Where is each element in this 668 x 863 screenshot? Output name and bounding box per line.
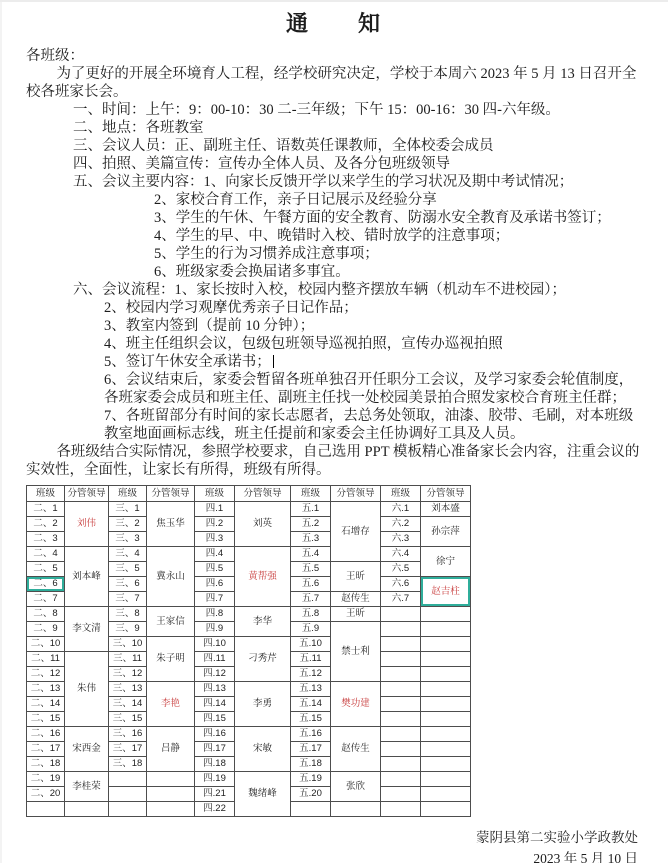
class-cell[interactable]: 三、17 [109, 742, 147, 757]
class-cell[interactable]: 六.2 [381, 517, 421, 532]
class-cell[interactable]: 五.14 [291, 697, 331, 712]
class-cell[interactable] [109, 802, 147, 817]
class-cell[interactable]: 二、8 [27, 607, 65, 622]
leader-cell[interactable]: 赵吉柱 [421, 577, 471, 607]
class-cell[interactable]: 二、4 [27, 547, 65, 562]
class-cell[interactable]: 二、20 [27, 787, 65, 802]
class-cell[interactable]: 三、3 [109, 532, 147, 547]
class-cell[interactable]: 五.9 [291, 622, 331, 637]
leader-cell[interactable]: 赵传生 [331, 592, 381, 607]
leader-cell[interactable]: 徐宁 [421, 547, 471, 577]
class-cell[interactable] [381, 667, 421, 682]
class-cell[interactable]: 二、16 [27, 727, 65, 742]
class-cell[interactable]: 六.7 [381, 592, 421, 607]
leader-cell[interactable]: 魏绪峰 [235, 772, 291, 817]
class-cell[interactable]: 三、8 [109, 607, 147, 622]
class-cell[interactable]: 三、5 [109, 562, 147, 577]
col-header-class: 班级 [381, 486, 421, 502]
class-cell[interactable]: 四.21 [195, 787, 235, 802]
class-cell[interactable]: 二、12 [27, 667, 65, 682]
class-cell[interactable] [381, 772, 421, 787]
class-cell[interactable]: 五.13 [291, 682, 331, 697]
leader-cell[interactable]: 李艳 [147, 682, 195, 727]
leader-cell[interactable] [147, 802, 195, 817]
class-cell[interactable]: 二、19 [27, 772, 65, 787]
class-cell[interactable]: 三、1 [109, 502, 147, 517]
doc-line: 各班级： [26, 47, 642, 65]
col-header-leader: 分管领导 [331, 486, 381, 502]
leader-cell[interactable]: 朱伟 [65, 652, 109, 727]
leader-cell[interactable]: 刘伟 [65, 502, 109, 547]
col-header-class: 班级 [109, 486, 147, 502]
col-header-leader: 分管领导 [65, 486, 109, 502]
class-cell[interactable]: 二、11 [27, 652, 65, 667]
leader-cell[interactable] [421, 622, 471, 637]
class-cell[interactable]: 三、9 [109, 622, 147, 637]
class-cell[interactable]: 二、14 [27, 697, 65, 712]
class-cell[interactable]: 二、10 [27, 637, 65, 652]
class-cell[interactable]: 四.3 [195, 532, 235, 547]
doc-line: 六、会议流程：1、家长按时入校，校园内整齐摆放车辆（机动车不进校园）； [26, 281, 642, 299]
class-cell[interactable]: 四.15 [195, 712, 235, 727]
leader-cell[interactable]: 李桂荣 [65, 772, 109, 802]
class-cell[interactable]: 四.1 [195, 502, 235, 517]
col-header-class: 班级 [291, 486, 331, 502]
col-header-class: 班级 [195, 486, 235, 502]
leader-cell[interactable] [421, 667, 471, 682]
class-cell[interactable]: 三、16 [109, 727, 147, 742]
class-cell[interactable]: 五.11 [291, 652, 331, 667]
class-cell[interactable]: 三、14 [109, 697, 147, 712]
text-cursor [273, 355, 274, 368]
class-cell[interactable]: 五.19 [291, 772, 331, 787]
footer-date: 2023 年 5 月 10 日 [26, 848, 638, 863]
class-cell[interactable]: 四.16 [195, 727, 235, 742]
leader-cell[interactable]: 石增存 [331, 502, 381, 562]
class-cell[interactable]: 四.10 [195, 637, 235, 652]
doc-line: 6、会议结束后，家委会暂留各班单独召开任职分工会议，及学习家委会轮值制度，各班家… [26, 371, 642, 407]
leader-cell[interactable]: 刘英 [235, 502, 291, 547]
class-cell[interactable]: 六.4 [381, 547, 421, 562]
leader-cell[interactable]: 刘本峰 [65, 547, 109, 607]
class-cell[interactable] [381, 652, 421, 667]
doc-footer: 蒙阴县第二实验小学政教处 2023 年 5 月 10 日 [26, 827, 642, 863]
class-cell[interactable]: 四.17 [195, 742, 235, 757]
leader-cell[interactable]: 朱子明 [147, 637, 195, 682]
class-cell[interactable] [381, 697, 421, 712]
class-cell[interactable] [381, 742, 421, 757]
doc-line: 4、班主任组织会议，包级包班领导巡视拍照，宣传办巡视拍照 [26, 335, 642, 353]
class-cell[interactable]: 三、11 [109, 652, 147, 667]
leader-cell[interactable]: 刁秀芹 [235, 637, 291, 682]
class-cell[interactable]: 二、5 [27, 562, 65, 577]
class-cell[interactable]: 四.5 [195, 562, 235, 577]
class-cell[interactable] [381, 622, 421, 637]
doc-line: 5、学生的行为习惯养成注意事项； [26, 245, 642, 263]
leader-cell[interactable] [421, 757, 471, 772]
leader-cell[interactable] [147, 772, 195, 787]
leader-cell[interactable]: 王昕 [331, 607, 381, 622]
class-cell[interactable]: 六.6 [381, 577, 421, 592]
leader-cell[interactable]: 赵传生 [331, 727, 381, 772]
class-cell[interactable]: 二、18 [27, 757, 65, 772]
class-cell[interactable]: 四.22 [195, 802, 235, 817]
class-cell[interactable]: 三、13 [109, 682, 147, 697]
class-cell[interactable]: 五.5 [291, 562, 331, 577]
class-cell[interactable] [381, 637, 421, 652]
leader-cell[interactable]: 禁士利 [331, 622, 381, 682]
class-cell[interactable] [27, 802, 65, 817]
class-cell[interactable] [109, 787, 147, 802]
class-cell[interactable] [381, 607, 421, 622]
class-cell[interactable] [381, 757, 421, 772]
class-cell[interactable]: 六.5 [381, 562, 421, 577]
leader-cell[interactable] [147, 787, 195, 802]
col-header-leader: 分管领导 [147, 486, 195, 502]
leader-cell[interactable] [331, 802, 381, 817]
class-cell[interactable]: 四.7 [195, 592, 235, 607]
class-cell[interactable]: 五.20 [291, 787, 331, 802]
class-cell[interactable]: 二、9 [27, 622, 65, 637]
doc-line: 为了更好的开展全环境育人工程，经学校研究决定，学校于本周六 2023 年 5 月… [26, 65, 642, 101]
leader-cell[interactable]: 孙宗萍 [421, 517, 471, 547]
class-cell[interactable]: 二、6 [27, 577, 65, 592]
class-cell[interactable]: 五.8 [291, 607, 331, 622]
class-cell[interactable] [381, 727, 421, 742]
class-cell[interactable]: 三、18 [109, 757, 147, 772]
class-cell[interactable]: 五.16 [291, 727, 331, 742]
leader-cell[interactable] [421, 607, 471, 622]
class-cell[interactable]: 六.3 [381, 532, 421, 547]
leader-cell[interactable]: 王家信 [147, 607, 195, 637]
class-cell[interactable]: 三、10 [109, 637, 147, 652]
leader-cell[interactable] [421, 742, 471, 757]
leader-cell[interactable] [421, 787, 471, 802]
doc-body: 各班级：为了更好的开展全环境育人工程，经学校研究决定，学校于本周六 2023 年… [26, 47, 642, 479]
class-cell[interactable]: 五.3 [291, 532, 331, 547]
leader-cell[interactable]: 李华 [235, 607, 291, 637]
class-cell[interactable]: 四.12 [195, 667, 235, 682]
leader-cell[interactable]: 刘本盛 [421, 502, 471, 517]
doc-line: 3、教室内签到（提前 10 分钟）； [26, 317, 642, 335]
doc-line: 五、会议主要内容：1、向家长反馈开学以来学生的学习状况及期中考试情况； [26, 173, 642, 191]
class-cell[interactable]: 三、2 [109, 517, 147, 532]
class-cell[interactable]: 三、15 [109, 712, 147, 727]
doc-line: 四、拍照、美篇宣传：宣传办全体人员、及各分包班级领导 [26, 155, 642, 173]
doc-line: 一、时间：上午：9：00-10：30 二-三年级；下午 15：00-16：30 … [26, 101, 642, 119]
leader-cell[interactable] [421, 697, 471, 712]
class-cell[interactable]: 四.13 [195, 682, 235, 697]
leader-cell[interactable]: 吕静 [147, 727, 195, 772]
leader-cell[interactable]: 冀永山 [147, 547, 195, 607]
leader-cell[interactable]: 焦玉华 [147, 502, 195, 547]
doc-line: 各班级结合实际情况，参照学校要求，自己选用 PPT 模板精心准备家长会内容，注重… [26, 443, 642, 479]
leader-cell[interactable]: 王昕 [331, 562, 381, 592]
leader-cell[interactable]: 樊功建 [331, 682, 381, 727]
doc-line: 3、学生的午休、午餐方面的安全教育、防溺水安全教育及承诺书签订； [26, 209, 642, 227]
class-cell[interactable]: 五.15 [291, 712, 331, 727]
class-cell[interactable] [381, 682, 421, 697]
class-cell[interactable] [381, 802, 421, 817]
class-cell[interactable]: 五.18 [291, 757, 331, 772]
leader-cell[interactable] [421, 652, 471, 667]
class-cell[interactable]: 五.10 [291, 637, 331, 652]
footer-org: 蒙阴县第二实验小学政教处 [26, 827, 638, 848]
class-cell[interactable]: 二、17 [27, 742, 65, 757]
notice-document: 通 知 各班级：为了更好的开展全环境育人工程，经学校研究决定，学校于本周六 20… [0, 0, 668, 863]
class-cell[interactable]: 三、6 [109, 577, 147, 592]
leader-cell[interactable] [65, 802, 109, 817]
class-cell[interactable]: 五.17 [291, 742, 331, 757]
leader-cell[interactable]: 张欣 [331, 772, 381, 802]
leader-cell[interactable] [421, 772, 471, 787]
class-cell[interactable]: 四.19 [195, 772, 235, 787]
class-cell[interactable]: 五.2 [291, 517, 331, 532]
col-header-class: 班级 [27, 486, 65, 502]
doc-line: 2、家校合育工作，亲子日记展示及经验分享 [26, 191, 642, 209]
class-cell[interactable]: 六.1 [381, 502, 421, 517]
class-cell[interactable]: 四.11 [195, 652, 235, 667]
leader-cell[interactable]: 黄帮强 [235, 547, 291, 607]
class-cell[interactable]: 二、3 [27, 532, 65, 547]
class-cell[interactable]: 二、7 [27, 592, 65, 607]
leader-cell[interactable]: 李勇 [235, 682, 291, 727]
doc-line: 5、签订午休安全承诺书； [26, 353, 642, 371]
doc-line: 6、班级家委会换届诸多事宜。 [26, 263, 642, 281]
class-cell[interactable]: 三、12 [109, 667, 147, 682]
doc-line: 三、会议人员：正、副班主任、语数英任课教师，全体校委会成员 [26, 137, 642, 155]
class-cell[interactable]: 二、15 [27, 712, 65, 727]
class-cell[interactable] [381, 787, 421, 802]
leader-cell[interactable]: 宋敏 [235, 727, 291, 772]
doc-line: 二、地点：各班教室 [26, 119, 642, 137]
class-cell[interactable]: 四.6 [195, 577, 235, 592]
doc-line: 7、各班留部分有时间的家长志愿者，去总务处领取，油漆、胶带、毛刷，对本班级教室地… [26, 407, 642, 443]
leader-cell[interactable]: 宋西金 [65, 727, 109, 772]
class-cell[interactable]: 五.6 [291, 577, 331, 592]
class-cell[interactable]: 五.4 [291, 547, 331, 562]
class-cell[interactable]: 四.18 [195, 757, 235, 772]
col-header-leader: 分管领导 [421, 486, 471, 502]
class-cell[interactable]: 四.4 [195, 547, 235, 562]
class-cell[interactable]: 五.1 [291, 502, 331, 517]
class-cell[interactable] [381, 712, 421, 727]
leader-cell[interactable] [421, 727, 471, 742]
leader-cell[interactable] [421, 802, 471, 817]
class-cell[interactable]: 四.9 [195, 622, 235, 637]
class-cell[interactable] [109, 772, 147, 787]
class-cell[interactable]: 三、7 [109, 592, 147, 607]
doc-line: 4、学生的早、中、晚错时入校、错时放学的注意事项； [26, 227, 642, 245]
doc-line: 2、校园内学习观摩优秀亲子日记作品； [26, 299, 642, 317]
leader-cell[interactable] [421, 712, 471, 727]
class-cell[interactable]: 二、1 [27, 502, 65, 517]
leader-cell[interactable] [421, 682, 471, 697]
doc-title: 通 知 [26, 7, 642, 38]
class-cell[interactable]: 四.2 [195, 517, 235, 532]
class-cell[interactable]: 五.12 [291, 667, 331, 682]
class-cell[interactable]: 二、2 [27, 517, 65, 532]
class-cell[interactable]: 二、13 [27, 682, 65, 697]
class-cell[interactable]: 五.7 [291, 592, 331, 607]
class-cell[interactable]: 三、4 [109, 547, 147, 562]
class-cell[interactable]: 四.8 [195, 607, 235, 622]
leader-cell[interactable]: 李文清 [65, 607, 109, 652]
class-cell[interactable]: 四.14 [195, 697, 235, 712]
class-cell[interactable] [291, 802, 331, 817]
col-header-leader: 分管领导 [235, 486, 291, 502]
leader-cell[interactable] [421, 637, 471, 652]
assignment-table: 班级分管领导班级分管领导班级分管领导班级分管领导班级分管领导二、1刘伟三、1焦玉… [26, 485, 471, 817]
